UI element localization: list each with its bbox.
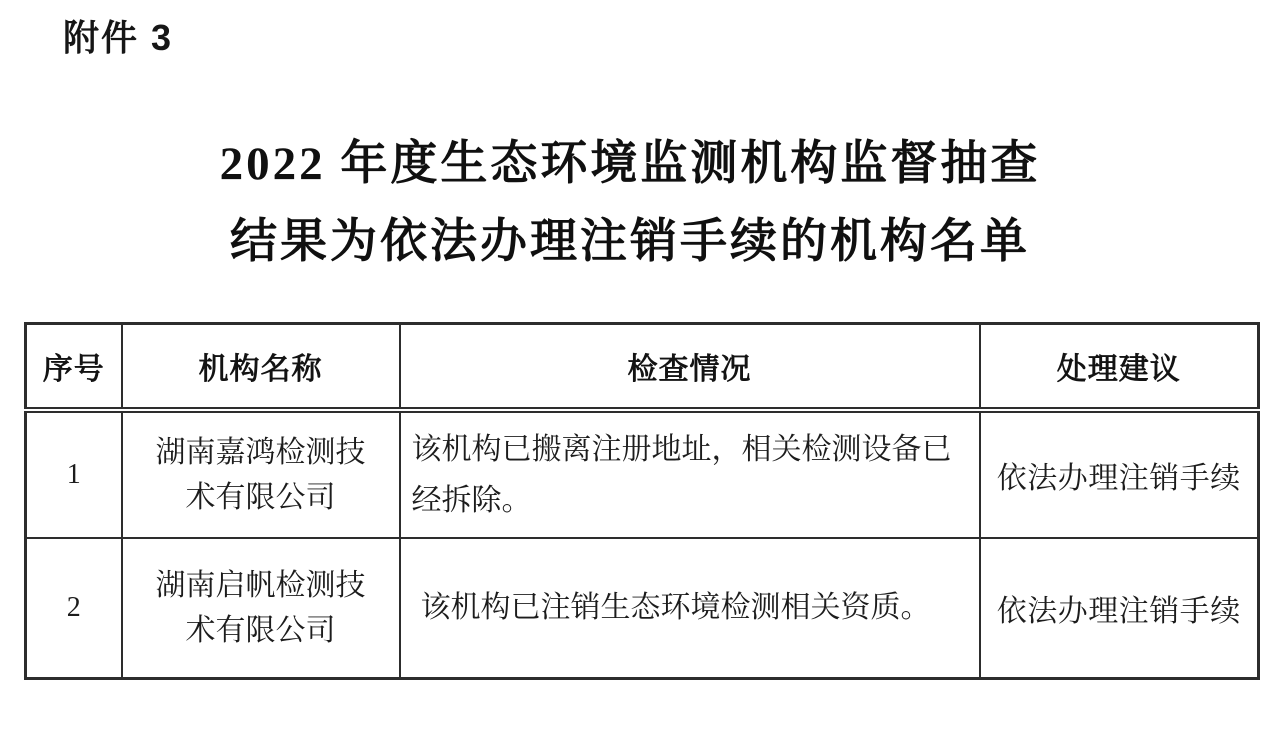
cell-suggestion: 依法办理注销手续 bbox=[980, 410, 1259, 538]
attachment-label: 附件 3 bbox=[63, 10, 173, 61]
title-line-2: 结果为依法办理注销手续的机构名单 bbox=[0, 203, 1260, 281]
column-header-no: 序号 bbox=[26, 324, 122, 410]
inspection-text: 该机构已注销生态环境检测相关资质。 bbox=[421, 582, 973, 633]
cell-row-number: 2 bbox=[26, 538, 122, 679]
cell-suggestion: 依法办理注销手续 bbox=[980, 538, 1259, 679]
column-header-suggestion: 处理建议 bbox=[980, 324, 1259, 410]
inspection-text: 该机构已搬离注册地址，相关检测设备已经拆除。 bbox=[412, 424, 964, 526]
scanned-document-page: { "page": { "attachment_label": "附件 3", … bbox=[0, 0, 1280, 731]
table-header-row: 序号 机构名称 检查情况 处理建议 bbox=[26, 324, 1259, 410]
institutions-table: 序号 机构名称 检查情况 处理建议 1 湖南嘉鸿检测技术有限公司 该机构已搬离注… bbox=[24, 322, 1260, 680]
document-title: 2022 年度生态环境监测机构监督抽查 结果为依法办理注销手续的机构名单 bbox=[0, 125, 1260, 281]
org-name-text: 湖南嘉鸿检测技术有限公司 bbox=[151, 430, 370, 520]
cell-inspection: 该机构已搬离注册地址，相关检测设备已经拆除。 bbox=[400, 410, 980, 538]
org-name-text: 湖南启帆检测技术有限公司 bbox=[151, 563, 370, 653]
column-header-org-name: 机构名称 bbox=[122, 324, 400, 410]
cell-inspection: 该机构已注销生态环境检测相关资质。 bbox=[400, 538, 980, 679]
table-row: 2 湖南启帆检测技术有限公司 该机构已注销生态环境检测相关资质。 依法办理注销手… bbox=[26, 538, 1259, 679]
title-line-1: 2022 年度生态环境监测机构监督抽查 bbox=[0, 125, 1260, 203]
cell-org-name: 湖南启帆检测技术有限公司 bbox=[122, 538, 400, 679]
cell-org-name: 湖南嘉鸿检测技术有限公司 bbox=[122, 410, 400, 538]
column-header-inspection: 检查情况 bbox=[400, 324, 980, 410]
table-row: 1 湖南嘉鸿检测技术有限公司 该机构已搬离注册地址，相关检测设备已经拆除。 依法… bbox=[26, 410, 1259, 538]
cell-row-number: 1 bbox=[26, 410, 122, 538]
